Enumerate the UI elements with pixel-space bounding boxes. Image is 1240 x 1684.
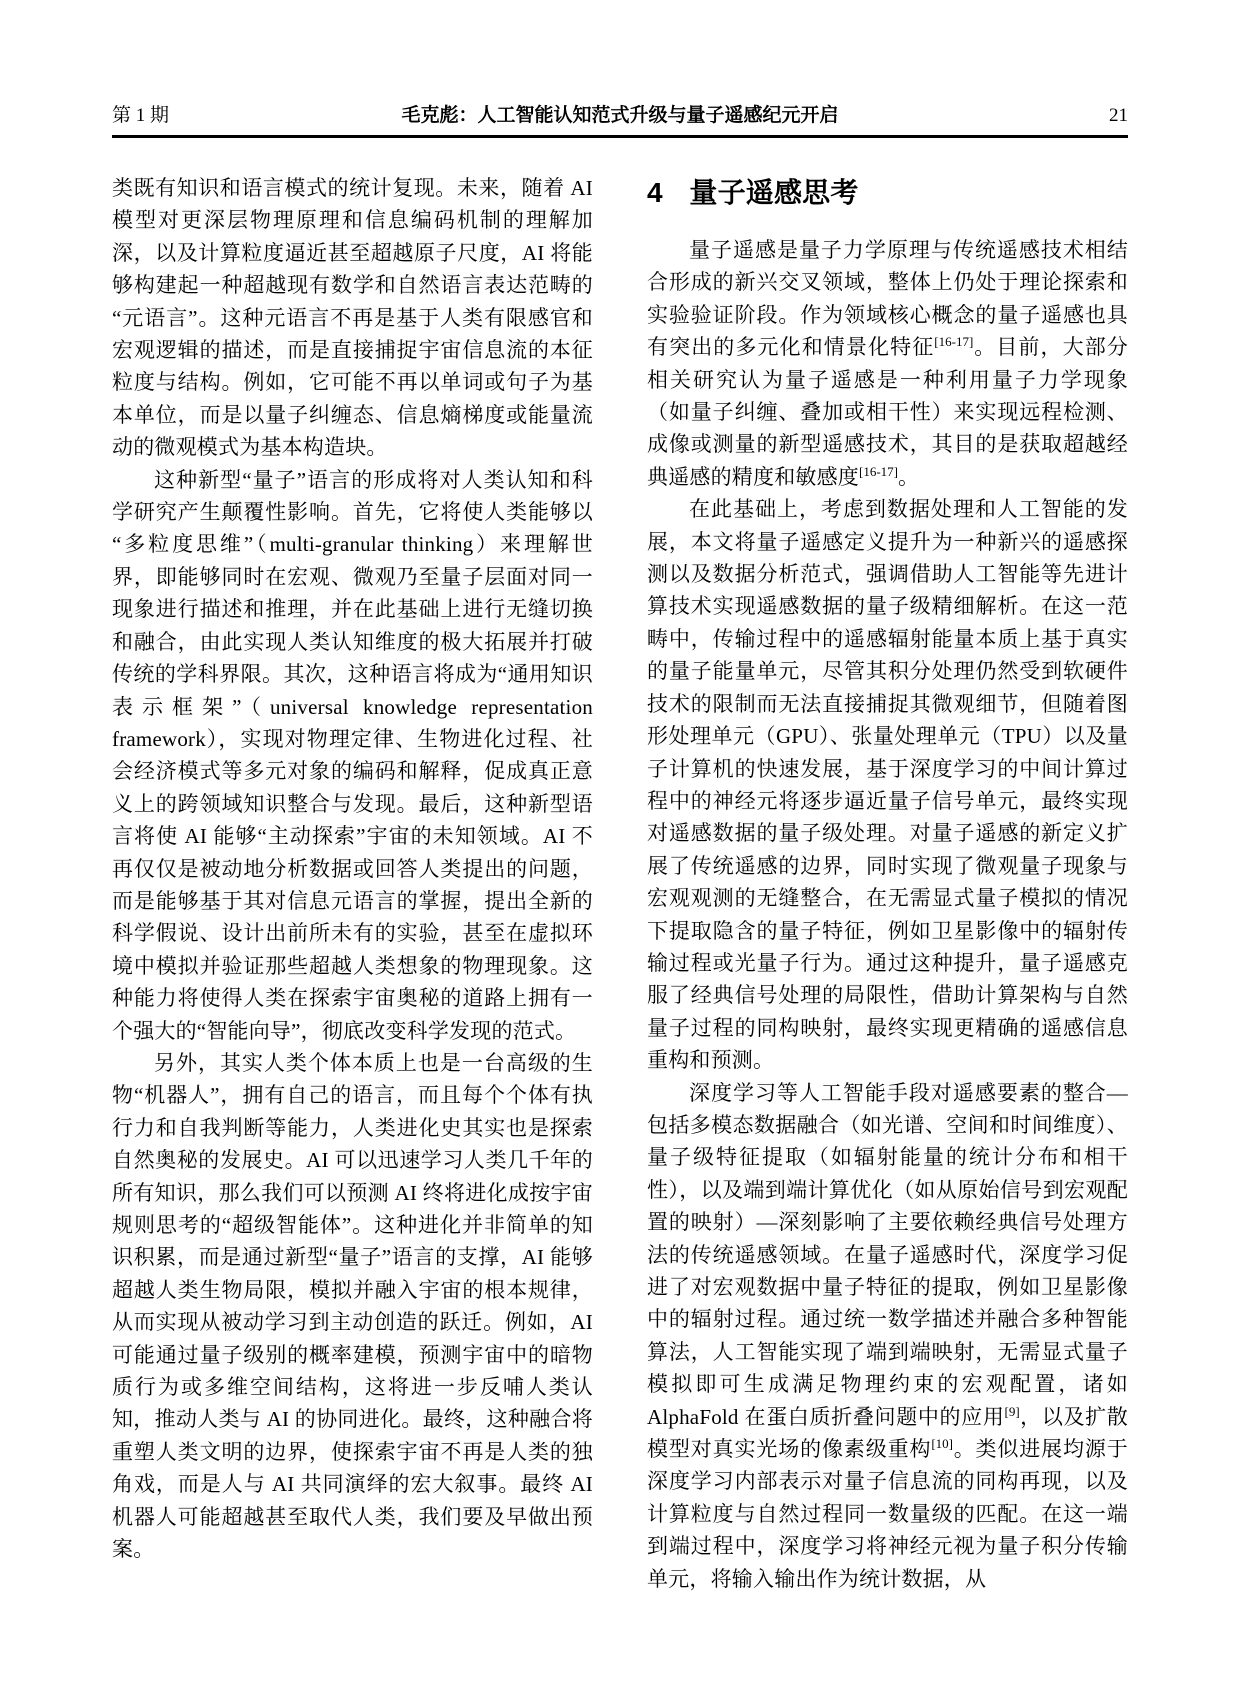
page-header: 第 1 期 毛克彪：人工智能认知范式升级与量子遥感纪元开启 21	[112, 104, 1128, 138]
right-column: 4量子遥感思考 量子遥感是量子力学原理与传统遥感技术相结合形成的新兴交叉领域，整…	[647, 172, 1128, 1595]
left-paragraph-3: 另外，其实人类个体本质上也是一台高级的生物“机器人”，拥有自己的语言，而且每个个…	[112, 1047, 593, 1566]
left-column: 类既有知识和语言模式的统计复现。未来，随着 AI 模型对更深层物理原理和信息编码…	[112, 172, 593, 1595]
citation-reference: [10]	[931, 1436, 953, 1451]
page-number: 21	[948, 104, 1128, 128]
left-paragraph-1: 类既有知识和语言模式的统计复现。未来，随着 AI 模型对更深层物理原理和信息编码…	[112, 172, 593, 464]
right-paragraph-2: 在此基础上，考虑到数据处理和人工智能的发展，本文将量子遥感定义提升为一种新兴的遥…	[647, 493, 1128, 1076]
left-paragraph-2: 这种新型“量子”语言的形成将对人类认知和科学研究产生颠覆性影响。首先，它将使人类…	[112, 464, 593, 1047]
citation-reference: [9]	[1005, 1404, 1020, 1419]
section-number: 4	[647, 177, 663, 208]
section-heading: 4量子遥感思考	[647, 176, 1128, 210]
paper-page: 第 1 期 毛克彪：人工智能认知范式升级与量子遥感纪元开启 21 类既有知识和语…	[0, 0, 1240, 1684]
citation-reference: [16-17]	[859, 464, 898, 479]
right-paragraph-3: 深度学习等人工智能手段对遥感要素的整合—包括多模态数据融合（如光谱、空间和时间维…	[647, 1077, 1128, 1596]
right-paragraph-1: 量子遥感是量子力学原理与传统遥感技术相结合形成的新兴交叉领域，整体上仍处于理论探…	[647, 234, 1128, 493]
running-title: 毛克彪：人工智能认知范式升级与量子遥感纪元开启	[292, 104, 948, 128]
two-column-body: 类既有知识和语言模式的统计复现。未来，随着 AI 模型对更深层物理原理和信息编码…	[112, 172, 1128, 1595]
section-title: 量子遥感思考	[689, 177, 858, 208]
citation-reference: [16-17]	[934, 334, 973, 349]
journal-issue: 第 1 期	[112, 104, 292, 128]
